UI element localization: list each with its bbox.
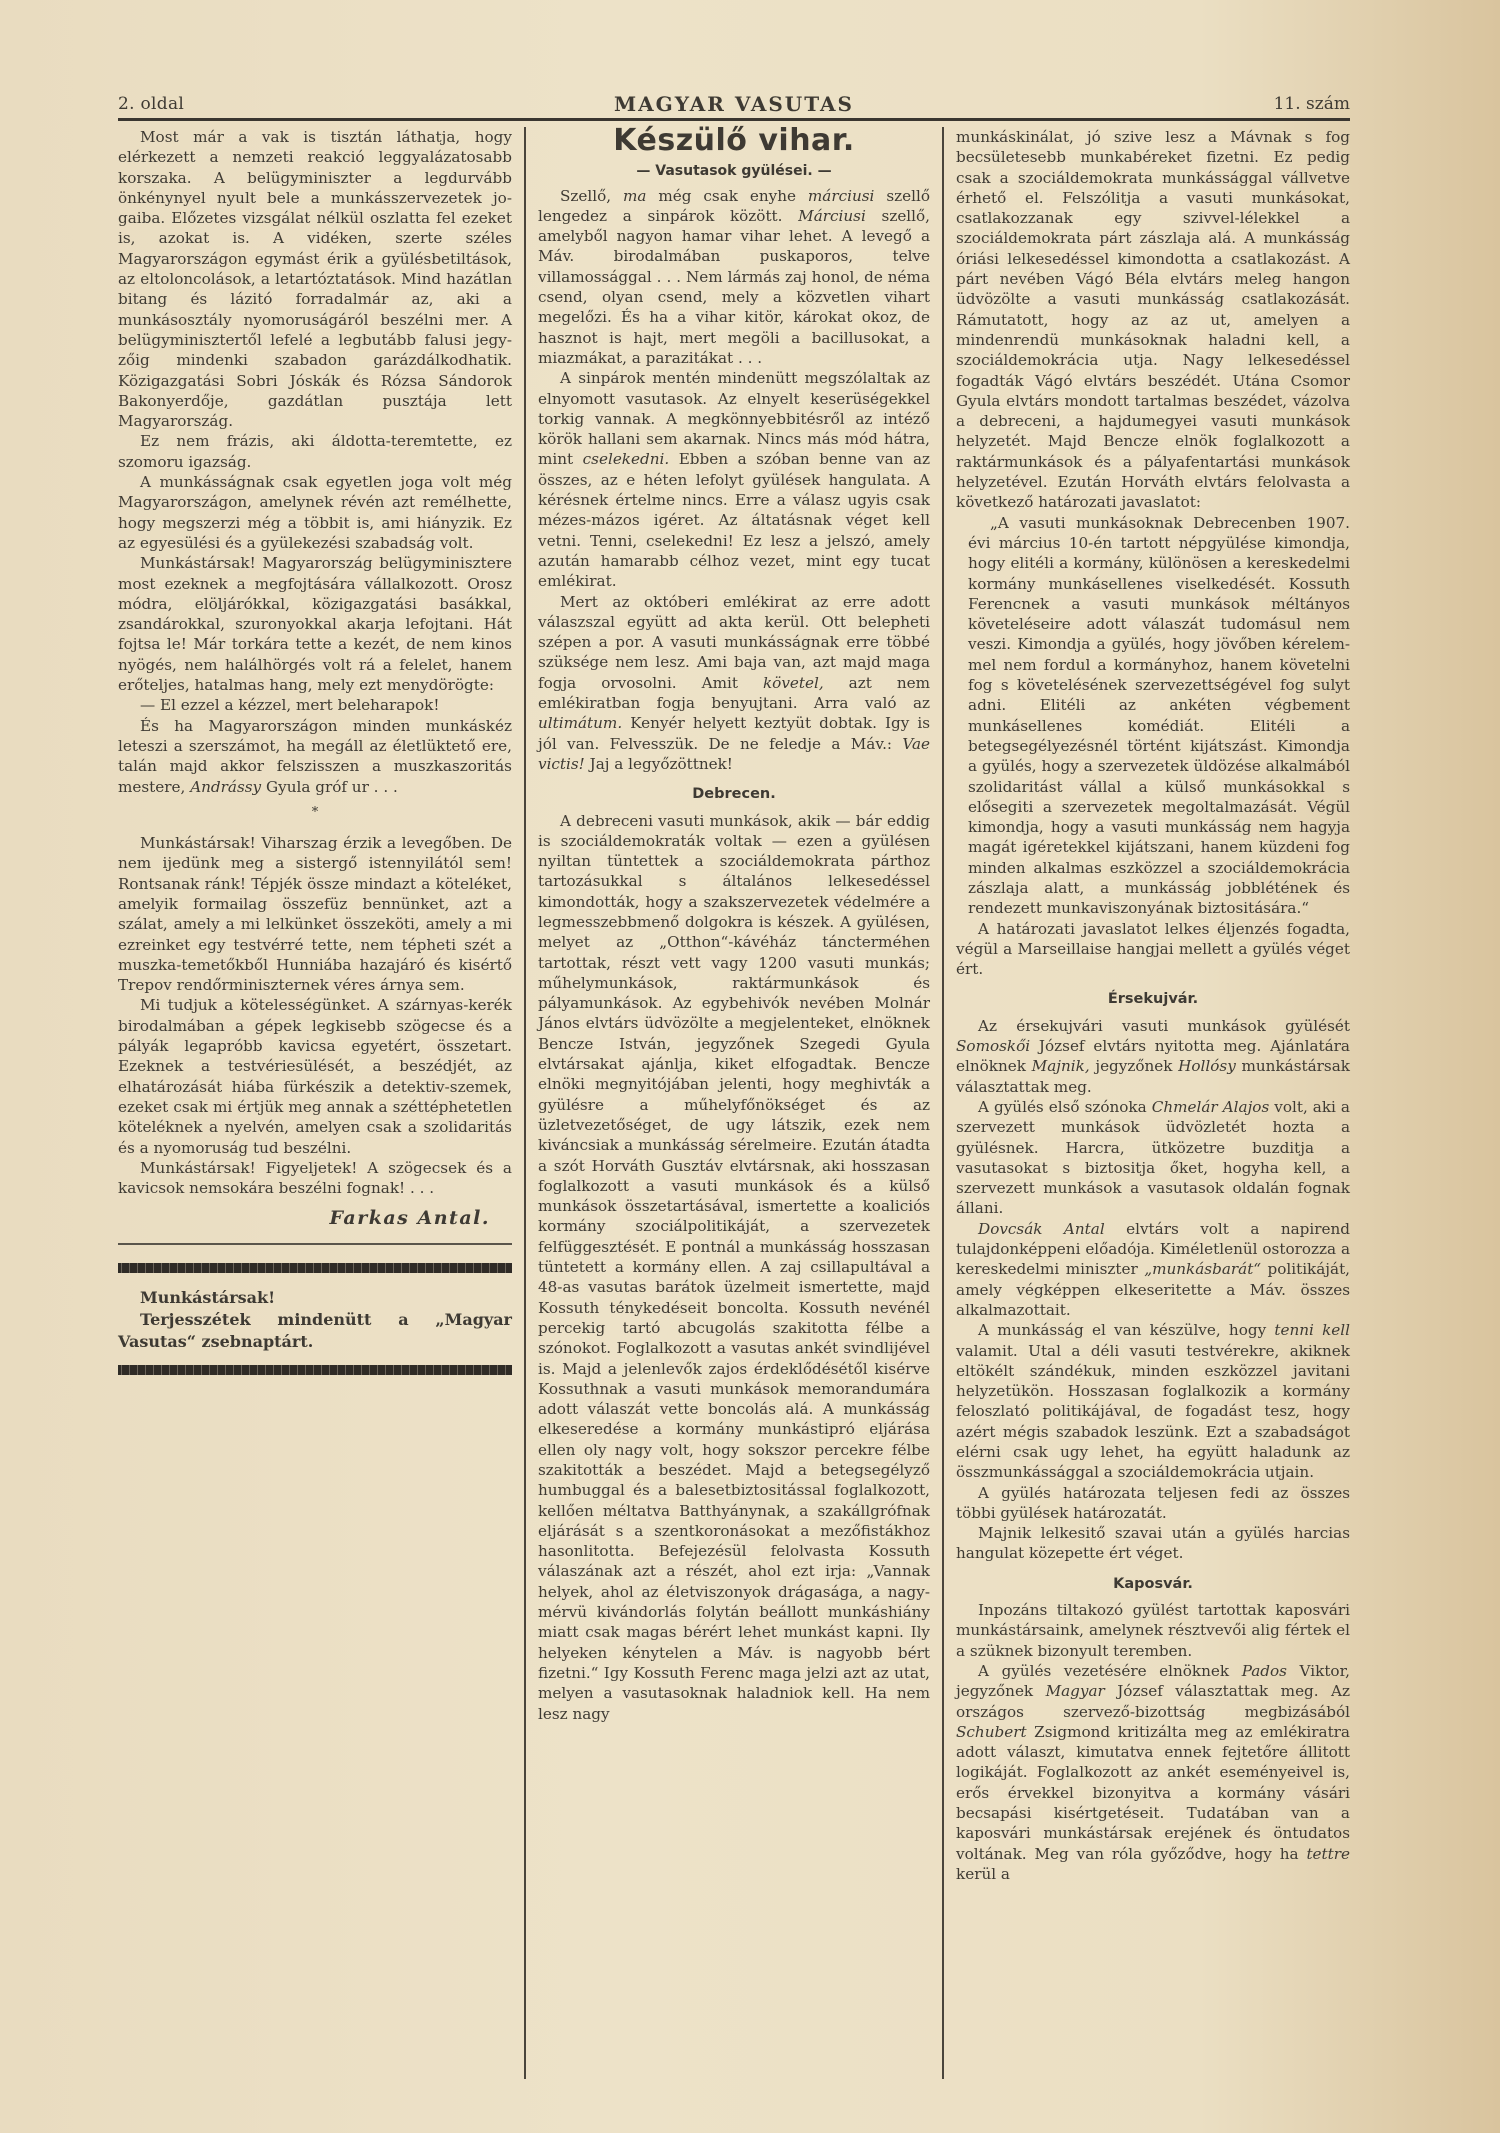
author-signature: Farkas Antal. [118, 1208, 512, 1228]
paragraph: Ez nem frázis, aki áldotta-terem­tette, … [118, 431, 512, 472]
paragraph: A gyülés határozata teljesen fedi az öss… [956, 1483, 1350, 1524]
paragraph: Mi tudjuk a kötelességünket. A szárnyas-… [118, 995, 512, 1157]
hatched-rule [118, 1263, 512, 1273]
paragraph: Szellő, ma még csak enyhe márciusi szell… [538, 186, 930, 369]
paragraph: A debreceni vasuti munkások, akik — bár … [538, 811, 930, 1724]
paragraph: munkáskinálat, jó szive lesz a Mávnak s … [956, 127, 1350, 513]
section-separator: * [118, 803, 512, 823]
page-header: 2. oldal MAGYAR VASUTAS 11. szám [118, 86, 1350, 114]
newspaper-page: 2. oldal MAGYAR VASUTAS 11. szám Most má… [118, 86, 1350, 2079]
divider [118, 1243, 512, 1245]
paragraph: Munkástársak! Figyeljetek! A szö­gecsek … [118, 1158, 512, 1199]
paragraph: Mert az októberi emlékirat az erre adott… [538, 592, 930, 775]
section-heading-debrecen: Debrecen. [538, 784, 930, 804]
paragraph: „A vasuti munkásoknak Debrecenben 1907. … [956, 513, 1350, 919]
hatched-rule [118, 1365, 512, 1375]
paragraph: A munkásság el van készülve, hogy tenni … [956, 1320, 1350, 1482]
issue-number: 11. szám [1274, 94, 1350, 114]
article-title: Készülő vihar. [538, 131, 930, 151]
header-rule [118, 118, 1350, 121]
columns: Most már a vak is tisztán láthatja, hogy… [118, 127, 1350, 2079]
paragraph: Munkástársak! Viharszag érzik a levegőbe… [118, 833, 512, 995]
notice-text: Terjesszétek mindenütt a „Ma­gyar Vasuta… [118, 1309, 512, 1353]
notice-box: Munkástársak! Terjesszétek mindenütt a „… [118, 1287, 512, 1353]
section-heading-kaposvar: Kaposvár. [956, 1574, 1350, 1594]
page-number: 2. oldal [118, 94, 184, 114]
paragraph: És ha Magyarországon minden mun­káskéz l… [118, 716, 512, 797]
column-middle: Készülő vihar. — Vasutasok gyülései. — S… [524, 127, 944, 2079]
paragraph: A gyülés vezetésére elnöknek Pados Vikto… [956, 1661, 1350, 1884]
paragraph: Most már a vak is tisztán láthatja, hogy… [118, 127, 512, 431]
paragraph: A határozati javaslatot lelkes éljenzés … [956, 919, 1350, 980]
paragraph: Majnik lelkesitő szavai után a gyülés ha… [956, 1523, 1350, 1564]
column-left: Most már a vak is tisztán láthatja, hogy… [118, 127, 524, 2079]
paragraph: A gyülés első szónoka Chmelár Alajos vol… [956, 1097, 1350, 1219]
notice-heading: Munkástársak! [118, 1287, 512, 1309]
paragraph: Dovcsák Antal elvtárs volt a napirend tu… [956, 1219, 1350, 1320]
paragraph: Inpozáns tiltakozó gyülést tartottak kap… [956, 1600, 1350, 1661]
section-heading-ersekujvar: Érsekujvár. [956, 989, 1350, 1009]
article-subtitle: — Vasutasok gyülései. — [538, 161, 930, 181]
paragraph: Munkástársak! Magyarország bel­ügyminisz… [118, 553, 512, 695]
newspaper-masthead: MAGYAR VASUTAS [614, 92, 854, 116]
column-right: munkáskinálat, jó szive lesz a Mávnak s … [944, 127, 1350, 2079]
paragraph: A munkásságnak csak egyetlen joga volt m… [118, 472, 512, 553]
paragraph: A sinpárok mentén mindenütt megszólal­ta… [538, 368, 930, 591]
resolution-quote: „A vasuti munkásoknak Debrecenben 1907. … [956, 513, 1350, 919]
paragraph: Az érsekujvári vasuti munkások gyülését … [956, 1016, 1350, 1097]
italic-name: Andrássy [190, 778, 261, 796]
paragraph: — El ezzel a kézzel, mert bele­harapok! [118, 695, 512, 715]
